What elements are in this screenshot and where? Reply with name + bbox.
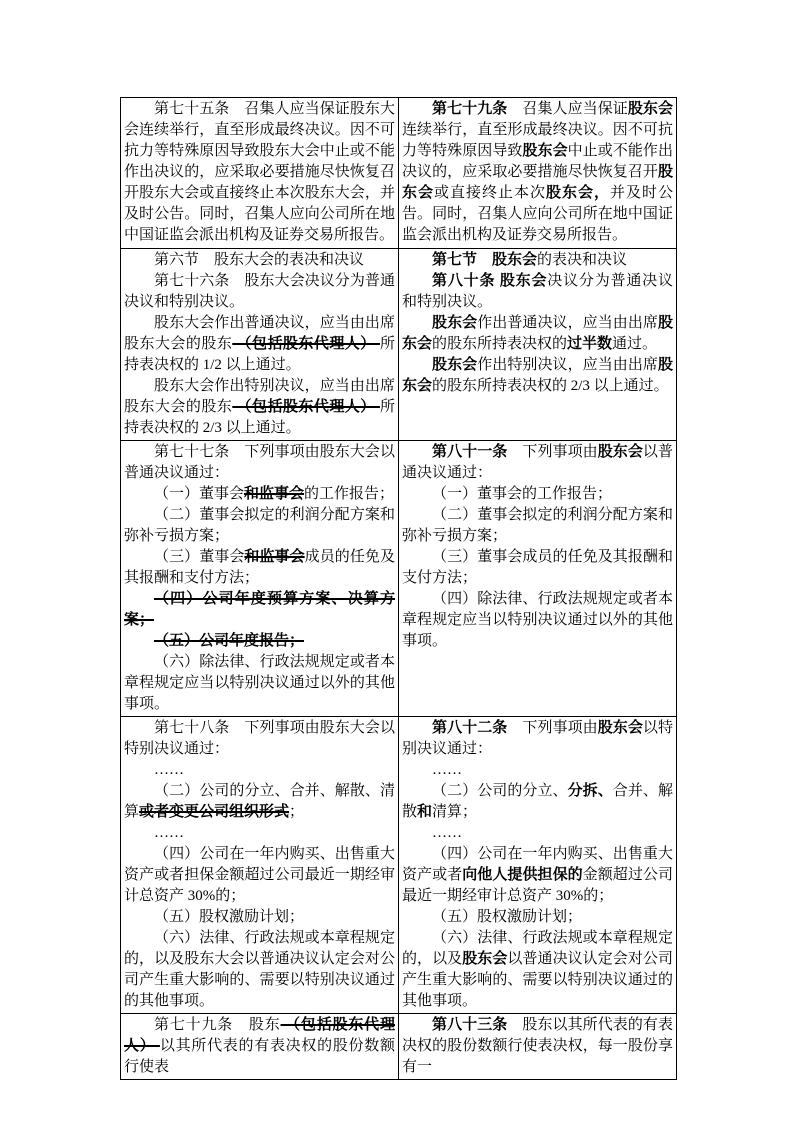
text-run: 第六节 股东大会的表决和决议 xyxy=(154,252,364,268)
text-run: 第七十七条 下列事项由股东大会以普通决议通过： xyxy=(124,444,395,481)
text-run: （二）公司的分立、 xyxy=(432,783,568,799)
paragraph: （二）公司的分立、分拆、合并、解散和清算； xyxy=(402,781,673,823)
old-version-column-cell: 第七十七条 下列事项由股东大会以普通决议通过：（一）董事会和监事会的工作报告；（… xyxy=(121,441,399,717)
paragraph: （四）除法律、行政法规规定或者本章程规定应当以特别决议通过以外的其他事项。 xyxy=(402,589,673,652)
text-run: 的表决和决议 xyxy=(537,252,627,268)
text-run: 作出普通决议，应当由出席 xyxy=(477,315,658,331)
text-run: ； xyxy=(289,804,304,820)
deleted-text: （包括股东代理人） xyxy=(232,336,380,352)
paragraph: 第七十九条 股东 （包括股东代理人） 以其所代表的有表决权的股份数额行使表 xyxy=(124,1015,395,1078)
changed-text: 股东会 xyxy=(628,101,673,117)
changed-text: 股东会 xyxy=(598,444,643,460)
new-version-column-cell: 第七节 股东会的表决和决议第八十条 股东会决议分为普通决议和特别决议。股东会作出… xyxy=(399,249,677,441)
paragraph: （四）公司在一年内购买、出售重大资产或者担保金额超过公司最近一期经审计总资产 3… xyxy=(124,844,395,907)
deleted-text: （包括股东代理人） xyxy=(232,399,380,415)
paragraph: 第七十九条 召集人应当保证股东会连续举行，直至形成最终决议。因不可抗力等特殊原因… xyxy=(402,99,673,246)
paragraph: 股东大会作出特别决议，应当由出席股东大会的股东 （包括股东代理人） 所持表决权的… xyxy=(124,376,395,439)
text-run: （五）股权激励计划； xyxy=(154,909,304,925)
text-run: （四）公司在一年内购买、出售重大资产或者担保金额超过公司最近一期经审计总资产 3… xyxy=(124,846,395,904)
comparison-table: 第七十五条 召集人应当保证股东大会连续举行，直至形成最终决议。因不可抗力等特殊原… xyxy=(120,97,677,1080)
paragraph: （五）公司年度报告； xyxy=(124,631,395,652)
paragraph: （四）公司年度预算方案、决算方案； xyxy=(124,589,395,631)
paragraph: （四）公司在一年内购买、出售重大资产或者向他人提供担保的金额超过公司最近一期经审… xyxy=(402,844,673,907)
text-run: （六）除法律、行政法规规定或者本章程规定应当以特别决议通过以外的其他事项。 xyxy=(124,654,395,712)
changed-text: 股东会 xyxy=(522,143,567,159)
old-version-column-cell: 第七十五条 召集人应当保证股东大会连续举行，直至形成最终决议。因不可抗力等特殊原… xyxy=(121,98,399,249)
text-run: …… xyxy=(154,825,184,841)
text-run: （一）董事会的工作报告； xyxy=(432,486,612,502)
new-version-column-cell: 第八十三条 股东以其所代表的有表决权的股份数额行使表决权，每一股份享有一 xyxy=(399,1014,677,1080)
paragraph: 第八十三条 股东以其所代表的有表决权的股份数额行使表决权，每一股份享有一 xyxy=(402,1015,673,1078)
text-run: （五）股权激励计划； xyxy=(432,909,582,925)
text-run: …… xyxy=(154,762,184,778)
comparison-table-body: 第七十五条 召集人应当保证股东大会连续举行，直至形成最终决议。因不可抗力等特殊原… xyxy=(121,98,677,1080)
deleted-text: 或者变更公司组织形式 xyxy=(139,804,289,820)
document-page: 第七十五条 召集人应当保证股东大会连续举行，直至形成最终决议。因不可抗力等特殊原… xyxy=(0,0,794,1122)
paragraph: （一）董事会和监事会的工作报告； xyxy=(124,484,395,505)
text-run: （二）董事会拟定的利润分配方案和弥补亏损方案； xyxy=(124,507,395,544)
paragraph: 股东大会作出普通决议，应当由出席股东大会的股东 （包括股东代理人） 所持表决权的… xyxy=(124,313,395,376)
text-run: 第七十八条 下列事项由股东大会以特别决议通过： xyxy=(124,720,395,757)
changed-text: 第八十条 股东会 xyxy=(432,273,547,289)
paragraph: …… xyxy=(124,760,395,781)
changed-text: 分拆、 xyxy=(568,783,613,799)
paragraph: 第七十八条 下列事项由股东大会以特别决议通过： xyxy=(124,718,395,760)
text-run: （三）董事会 xyxy=(154,549,244,565)
new-version-column-cell: 第七十九条 召集人应当保证股东会连续举行，直至形成最终决议。因不可抗力等特殊原因… xyxy=(399,98,677,249)
changed-text: 股东会 xyxy=(598,720,643,736)
paragraph: （一）董事会的工作报告； xyxy=(402,484,673,505)
changed-text: 股东会 xyxy=(432,357,477,373)
table-row: 第六节 股东大会的表决和决议第七十六条 股东大会决议分为普通决议和特别决议。股东… xyxy=(121,249,677,441)
text-run: …… xyxy=(432,762,462,778)
paragraph: 第七节 股东会的表决和决议 xyxy=(402,250,673,271)
text-run: 的工作报告； xyxy=(304,486,394,502)
changed-text: 过半数 xyxy=(567,336,612,352)
changed-text: 第八十一条 xyxy=(432,444,507,460)
paragraph: （二）董事会拟定的利润分配方案和弥补亏损方案； xyxy=(124,505,395,547)
changed-text: 和 xyxy=(417,804,432,820)
text-run: 第七十九条 股东 xyxy=(154,1017,281,1033)
text-run: 清算； xyxy=(432,804,477,820)
changed-text: 股东会 xyxy=(432,315,477,331)
text-run: 或直接终止本次 xyxy=(434,185,546,201)
paragraph: （三）董事会和监事会成员的任免及其报酬和支付方法； xyxy=(124,547,395,589)
text-run: 下列事项由 xyxy=(507,720,597,736)
table-row: 第七十五条 召集人应当保证股东大会连续举行，直至形成最终决议。因不可抗力等特殊原… xyxy=(121,98,677,249)
deleted-text: 和监事会 xyxy=(244,486,304,502)
changed-text: 第七节 股东会 xyxy=(432,252,537,268)
paragraph: （五）股权激励计划； xyxy=(402,907,673,928)
paragraph: …… xyxy=(402,823,673,844)
paragraph: （六）法律、行政法规或本章程规定的，以及股东会以普通决议认定会对公司产生重大影响… xyxy=(402,928,673,1012)
paragraph: 第七十七条 下列事项由股东大会以普通决议通过： xyxy=(124,442,395,484)
table-row: 第七十七条 下列事项由股东大会以普通决议通过：（一）董事会和监事会的工作报告；（… xyxy=(121,441,677,717)
text-run: 的股东所持表决权的 2/3 以上通过。 xyxy=(432,378,669,394)
text-run: （六）法律、行政法规或本章程规定的，以及股东大会以普通决议认定会对公司产生重大影… xyxy=(124,930,395,1009)
text-run: 第七十五条 召集人应当保证股东大会连续举行，直至形成最终决议。因不可抗力等特殊原… xyxy=(124,101,395,243)
old-version-column-cell: 第七十九条 股东 （包括股东代理人） 以其所代表的有表决权的股份数额行使表 xyxy=(121,1014,399,1080)
text-run: （一）董事会 xyxy=(154,486,244,502)
text-run: 通过。 xyxy=(612,336,657,352)
paragraph: 第八十二条 下列事项由股东会以特别决议通过： xyxy=(402,718,673,760)
text-run: 第七十六条 股东大会决议分为普通决议和特别决议。 xyxy=(124,273,395,310)
changed-text: 向他人提供担保的 xyxy=(462,867,582,883)
paragraph: 第八十条 股东会决议分为普通决议和特别决议。 xyxy=(402,271,673,313)
old-version-column-cell: 第七十八条 下列事项由股东大会以特别决议通过：……（二）公司的分立、合并、解散、… xyxy=(121,717,399,1014)
paragraph: （五）股权激励计划； xyxy=(124,907,395,928)
text-run: 的股东所持表决权的 xyxy=(432,336,567,352)
text-run: 下列事项由 xyxy=(507,444,597,460)
paragraph: 股东会作出特别决议，应当由出席股东会的股东所持表决权的 2/3 以上通过。 xyxy=(402,355,673,397)
paragraph: 第六节 股东大会的表决和决议 xyxy=(124,250,395,271)
text-run: 以其所代表的有表决权的股份数额行使表 xyxy=(124,1038,395,1075)
text-run: 作出特别决议，应当由出席 xyxy=(477,357,658,373)
paragraph: 第八十一条 下列事项由股东会以普通决议通过： xyxy=(402,442,673,484)
paragraph: （二）董事会拟定的利润分配方案和弥补亏损方案； xyxy=(402,505,673,547)
paragraph: （六）法律、行政法规或本章程规定的，以及股东大会以普通决议认定会对公司产生重大影… xyxy=(124,928,395,1012)
deleted-text: （五）公司年度报告； xyxy=(154,633,304,649)
table-row: 第七十八条 下列事项由股东大会以特别决议通过：……（二）公司的分立、合并、解散、… xyxy=(121,717,677,1014)
old-version-column-cell: 第六节 股东大会的表决和决议第七十六条 股东大会决议分为普通决议和特别决议。股东… xyxy=(121,249,399,441)
paragraph: 第七十五条 召集人应当保证股东大会连续举行，直至形成最终决议。因不可抗力等特殊原… xyxy=(124,99,395,246)
changed-text: 第八十二条 xyxy=(432,720,507,736)
new-version-column-cell: 第八十一条 下列事项由股东会以普通决议通过：（一）董事会的工作报告；（二）董事会… xyxy=(399,441,677,717)
paragraph: 第七十六条 股东大会决议分为普通决议和特别决议。 xyxy=(124,271,395,313)
text-run: 召集人应当保证 xyxy=(507,101,628,117)
new-version-column-cell: 第八十二条 下列事项由股东会以特别决议通过：……（二）公司的分立、分拆、合并、解… xyxy=(399,717,677,1014)
changed-text: 第八十三条 xyxy=(432,1017,507,1033)
deleted-text: （四）公司年度预算方案、决算方案； xyxy=(124,591,395,628)
paragraph: （二）公司的分立、合并、解散、清算或者变更公司组织形式； xyxy=(124,781,395,823)
changed-text: 股东会 xyxy=(462,951,507,967)
changed-text: 股东会， xyxy=(546,185,610,201)
paragraph: …… xyxy=(124,823,395,844)
paragraph: 股东会作出普通决议，应当由出席股东会的股东所持表决权的过半数通过。 xyxy=(402,313,673,355)
text-run: （二）董事会拟定的利润分配方案和弥补亏损方案； xyxy=(402,507,673,544)
text-run: （四）除法律、行政法规规定或者本章程规定应当以特别决议通过以外的其他事项。 xyxy=(402,591,673,649)
table-row: 第七十九条 股东 （包括股东代理人） 以其所代表的有表决权的股份数额行使表第八十… xyxy=(121,1014,677,1080)
text-run: …… xyxy=(432,825,462,841)
paragraph: （六）除法律、行政法规规定或者本章程规定应当以特别决议通过以外的其他事项。 xyxy=(124,652,395,715)
deleted-text: 和监事会 xyxy=(244,549,304,565)
paragraph: （三）董事会成员的任免及其报酬和支付方法； xyxy=(402,547,673,589)
paragraph: …… xyxy=(402,760,673,781)
text-run: （三）董事会成员的任免及其报酬和支付方法； xyxy=(402,549,673,586)
changed-text: 第七十九条 xyxy=(432,101,507,117)
